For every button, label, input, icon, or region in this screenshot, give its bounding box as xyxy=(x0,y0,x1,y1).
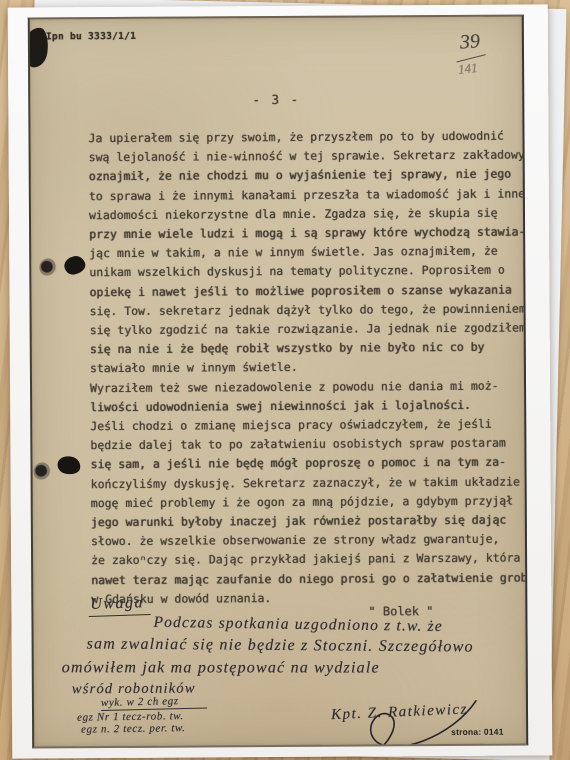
officer-signature: Kpt. Z. Ratkiewicz xyxy=(331,701,469,724)
handwritten-note-line: Podczas spotkania uzgodniono z t.w. że xyxy=(153,614,443,636)
typed-line: Wyraziłem też swe niezadowolenie z powod… xyxy=(90,376,528,398)
typed-line: oznajmił, że nie chodzi mu o wyjaśnienie… xyxy=(89,165,529,187)
handwritten-page-number: 39 xyxy=(459,30,481,54)
typed-line: jąc mnie w takim, a nie w innym świetle.… xyxy=(89,242,528,264)
typed-line: kończyliśmy dyskusję. Sekretarz zaznaczy… xyxy=(91,472,529,494)
handwritten-folio-number: 141 xyxy=(457,60,478,78)
typed-line: liwości udowodnienia swej niewinności ja… xyxy=(90,395,528,417)
typed-body: Ja upierałem się przy swoim, że przyszłe… xyxy=(88,126,528,609)
typed-line: nawet teraz mając zaufanie do niego pros… xyxy=(91,568,528,590)
typed-line: Ja upierałem się przy swoim, że przyszłe… xyxy=(88,126,528,148)
filing-note-line: egz n. 2 tecz. per. tw. xyxy=(81,722,186,736)
note-heading: Uwaga xyxy=(88,594,150,617)
scan-page-label: strona: 0141 xyxy=(451,727,504,737)
typed-page-number: - 3 - xyxy=(30,91,522,109)
ink-spot xyxy=(63,255,87,276)
typed-line: że zakoⁿczy się. Dając przykład jakiejś … xyxy=(91,549,528,571)
typed-line: słowo. że wszelkie obserwowanie ze stron… xyxy=(91,530,528,552)
typed-line: w Gdańsku w dowód uznania. xyxy=(91,587,528,609)
typed-line: mogę mieć problemy i że ogon za mną pójd… xyxy=(91,491,529,513)
typed-line: będzie dalej tak to po załatwieniu osobi… xyxy=(90,434,528,456)
ink-spot xyxy=(56,454,83,477)
photo-of-document: Ipn bu 3333/1/1 39 141 - 3 - Ja upierałe… xyxy=(0,0,570,760)
filing-note-line: wyk. w 2 ch egz xyxy=(101,695,207,711)
hole-punch xyxy=(39,258,57,276)
typed-line: się. Tow. sekretarz jednak dążył tylko d… xyxy=(90,299,529,321)
typed-line: Jeśli chodzi o zmianę miejsca pracy oświ… xyxy=(90,415,528,437)
scanned-aged-document: Ipn bu 3333/1/1 39 141 - 3 - Ja upierałe… xyxy=(28,15,528,749)
typed-line: wiadomości niekorzystne dla mnie. Zgadza… xyxy=(89,203,528,225)
typed-line: to sprawa i że innymi kanałami przeszła … xyxy=(89,184,528,206)
typed-line: stawiało mnie w innym świetle. xyxy=(90,357,528,379)
hole-punch xyxy=(33,462,51,480)
typed-line: jego warunki byłoby inaczej jak również … xyxy=(91,511,528,533)
archive-reference-stamp: Ipn bu 3333/1/1 xyxy=(46,31,136,43)
typed-line: przy mnie wiele ludzi i mogą i są sprawy… xyxy=(89,222,528,244)
typed-line: swą lejolaność i nie-winność w tej spraw… xyxy=(89,146,529,168)
typed-line: opiekę i nawet jeśli to możliwe poprosił… xyxy=(89,280,528,302)
typed-line: się sam, a jeśli nie będę mógł poproszę … xyxy=(90,453,528,475)
typed-line: się na nie i że będę robił wszystko by n… xyxy=(90,338,528,360)
handwritten-note-line: omówiłem jak ma postępować na wydziale xyxy=(62,659,380,677)
handwritten-note-line: sam zwalniać się nie będzie z Stoczni. S… xyxy=(87,635,474,656)
typed-line: unikam wszelkich dyskusji na tematy poli… xyxy=(89,261,528,283)
paper-sheet: Ipn bu 3333/1/1 39 141 - 3 - Ja upierałe… xyxy=(8,4,553,758)
typed-line: się tylko zgodzić na takie rozwiązanie. … xyxy=(90,318,529,340)
